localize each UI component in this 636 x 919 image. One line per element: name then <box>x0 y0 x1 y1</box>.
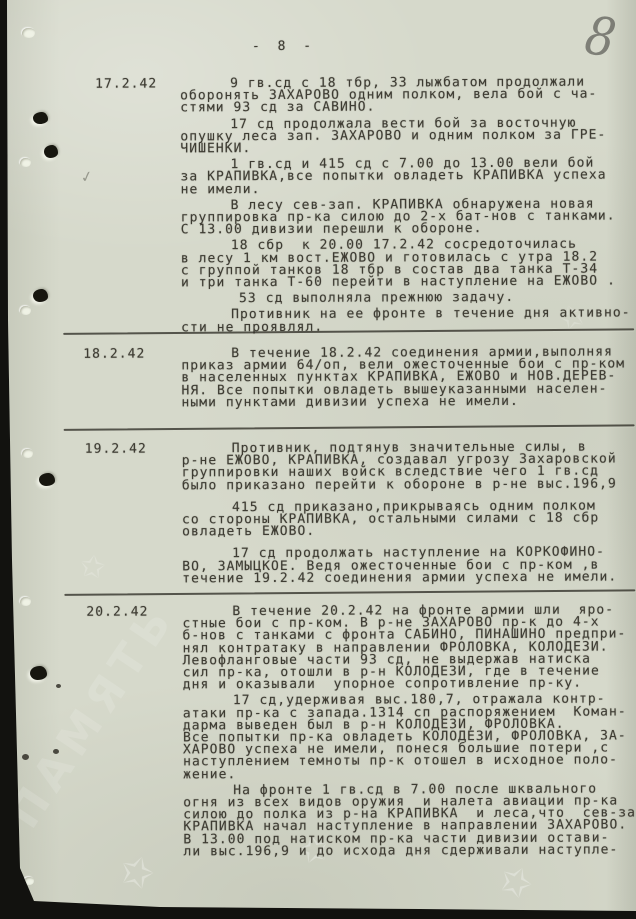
entry-paragraph: 18 сбр к 20.00 17.2.42 сосредоточилась в… <box>181 239 636 290</box>
entry-20-2-42: 20.2.42 В течение 20.2.42 на фронте арми… <box>2 604 636 863</box>
entry-date: 18.2.42 <box>83 349 145 361</box>
entry-paragraph: 53 сд выполняла прежнюю задачу. <box>181 292 636 306</box>
entry-date: 17.2.42 <box>95 78 157 90</box>
entry-body: В течение 18.2.42 соединения армии,выпол… <box>181 346 636 409</box>
paper-tear <box>22 28 35 38</box>
handwritten-page-number: 8 <box>581 3 620 69</box>
ink-speck <box>56 684 61 688</box>
entry-paragraph: Противник, подтянув значительные силы, в… <box>182 441 636 492</box>
entry-18-2-42: 18.2.42 В течение 18.2.42 соединения арм… <box>1 346 636 414</box>
entry-17-2-42: 17.2.42 9 гв.сд с 18 тбр, 33 лыжбатом пр… <box>0 76 636 339</box>
paper-tear <box>20 597 31 606</box>
ink-speck <box>22 754 29 760</box>
punch-hole <box>44 145 58 158</box>
punch-hole <box>39 473 55 486</box>
entry-date: 20.2.42 <box>86 607 148 619</box>
punch-hole <box>33 112 48 124</box>
entry-19-2-42: 19.2.42 Противник, подтянув значительные… <box>2 441 636 596</box>
scanned-military-document: { "document": { "typed_page_number": "- … <box>0 0 636 919</box>
ink-speck <box>53 749 59 754</box>
entry-paragraph: В течение 20.2.42 на фронте армии шли яр… <box>182 604 636 691</box>
entry-date: 19.2.42 <box>85 444 147 456</box>
entry-paragraph: 17 сд продолжать наступление на КОРКОФИН… <box>182 547 636 586</box>
section-divider <box>64 424 635 430</box>
entry-paragraph: 415 сд приказано,прикрываясь одним полко… <box>182 500 636 539</box>
document-page: ПАМЯТЬ ✩ ✩ ✩ ✩ ✩ - 8 - 8 ✓ 17.2.42 9 гв.… <box>0 0 636 919</box>
paper-tear <box>20 306 31 315</box>
punch-hole <box>30 666 47 680</box>
entry-body: В течение 20.2.42 на фронте армии шли яр… <box>182 604 636 858</box>
entry-body: 9 гв.сд с 18 тбр, 33 лыжбатом продолжали… <box>180 76 636 334</box>
punch-hole <box>33 289 48 302</box>
typed-page-number: - 8 - <box>252 41 316 53</box>
entry-paragraph: 9 гв.сд с 18 тбр, 33 лыжбатом продолжали… <box>180 76 636 115</box>
entry-paragraph: В лесу сев-зап. КРАПИВКА обнаружена нова… <box>181 198 636 237</box>
entry-body: Противник, подтянув значительные силы, в… <box>182 441 636 585</box>
entry-paragraph: В течение 18.2.42 соединения армии,выпол… <box>181 346 636 409</box>
paper-tear <box>22 449 33 458</box>
paper-tear <box>24 877 34 885</box>
entry-paragraph: 17 сд продолжала вести бой за восточную … <box>180 117 636 156</box>
entry-paragraph: 17 сд,удерживая выс.180,7, отражала конт… <box>183 694 636 781</box>
paper-tear <box>20 158 31 167</box>
entry-paragraph: На фронте 1 гв.сд в 7.00 после шквальног… <box>183 783 636 858</box>
entry-paragraph: 1 гв.сд и 415 сд с 7.00 до 13.00 вели бо… <box>180 158 636 197</box>
